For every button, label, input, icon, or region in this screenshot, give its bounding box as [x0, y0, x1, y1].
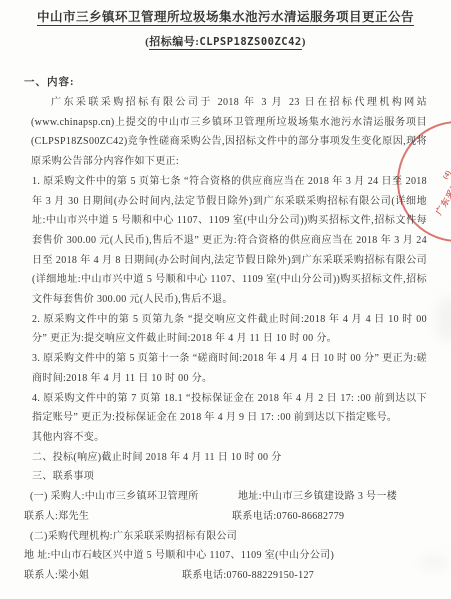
correction-item-2: 2. 原采购文件中的第 5 页第九条 “提交响应文件截止时间:2018 年 4 … — [32, 310, 427, 349]
purchaser-name: (一) 采购人:中山市三乡镇环卫管理所 — [24, 487, 238, 507]
section-heading-deadline: 二、投标(响应)截止时间 2018 年 4 月 11 日 10 时 00 分 — [32, 448, 427, 468]
correction-item-3: 3. 原采购文件中的第 5 页第十一条 “磋商时间:2018 年 4 月 4 日… — [32, 349, 427, 388]
section-heading-content: 一、内容: — [24, 73, 427, 93]
page-title: 中山市三乡镇环卫管理所垃圾场集水池污水清运服务项目更正公告 — [24, 7, 427, 28]
agency-address: 地 址:中山市石岐区兴中道 5 号顺和中心 1107、1109 室(中山分公司) — [24, 546, 334, 566]
purchaser-row-1: (一) 采购人:中山市三乡镇环卫管理所 地址:中山市三乡镇建设路 3 号一楼 — [24, 487, 427, 507]
tender-label: 招标编号: — [149, 36, 199, 48]
correction-item-1: 1. 原采购文件中的第 5 页第七条 “符合资格的供应商应当在 2018 年 3… — [32, 172, 427, 310]
agency-phone: 联系电话:0760-88229150-127 — [182, 566, 314, 586]
agency-row-3: 联系人:梁小姐 联系电话:0760-88229150-127 — [24, 566, 427, 586]
intro-paragraph: 广东采联采购招标有限公司于 2018 年 3 月 23 日在招标代理机构网站(w… — [31, 93, 427, 172]
tender-label-underlined: 招标编号:CLPSP18ZS00ZC42 — [149, 36, 302, 50]
correction-item-4: 4. 原采购文件中的第 7 页第 18.1 “投标保证金在 2018 年 4 月… — [32, 389, 427, 428]
purchaser-contact-person: 联系人:郑先生 — [24, 507, 232, 527]
note-line: 其他内容不变。 — [32, 428, 427, 448]
purchaser-address: 地址:中山市三乡镇建设路 3 号一楼 — [238, 487, 397, 507]
purchaser-phone: 联系电话:0760-86682779 — [232, 507, 344, 527]
agency-name: (二)采购代理机构:广东采联采购招标有限公司 — [24, 527, 237, 547]
scanned-correction-notice-page: (4) 广东采联采购招标 有限公司 中山市三乡镇环卫管理所垃圾场集水池污水清运服… — [0, 0, 451, 599]
agency-contact-person: 联系人:梁小姐 — [24, 566, 182, 586]
agency-row-1: (二)采购代理机构:广东采联采购招标有限公司 — [24, 527, 427, 547]
tender-code: CLPSP18ZS00ZC42 — [199, 36, 301, 48]
agency-row-2: 地 址:中山市石岐区兴中道 5 号顺和中心 1107、1109 室(中山分公司) — [24, 546, 427, 566]
tender-paren-close: ) — [302, 36, 306, 48]
section-heading-contact: 三、联系事项 — [32, 467, 427, 487]
purchaser-row-2: 联系人:郑先生 联系电话:0760-86682779 — [24, 507, 427, 527]
page-title-text: 中山市三乡镇环卫管理所垃圾场集水池污水清运服务项目更正公告 — [37, 10, 414, 26]
tender-number-line: (招标编号:CLPSP18ZS00ZC42) — [24, 31, 427, 53]
document-body: 中山市三乡镇环卫管理所垃圾场集水池污水清运服务项目更正公告 (招标编号:CLPS… — [0, 0, 451, 586]
